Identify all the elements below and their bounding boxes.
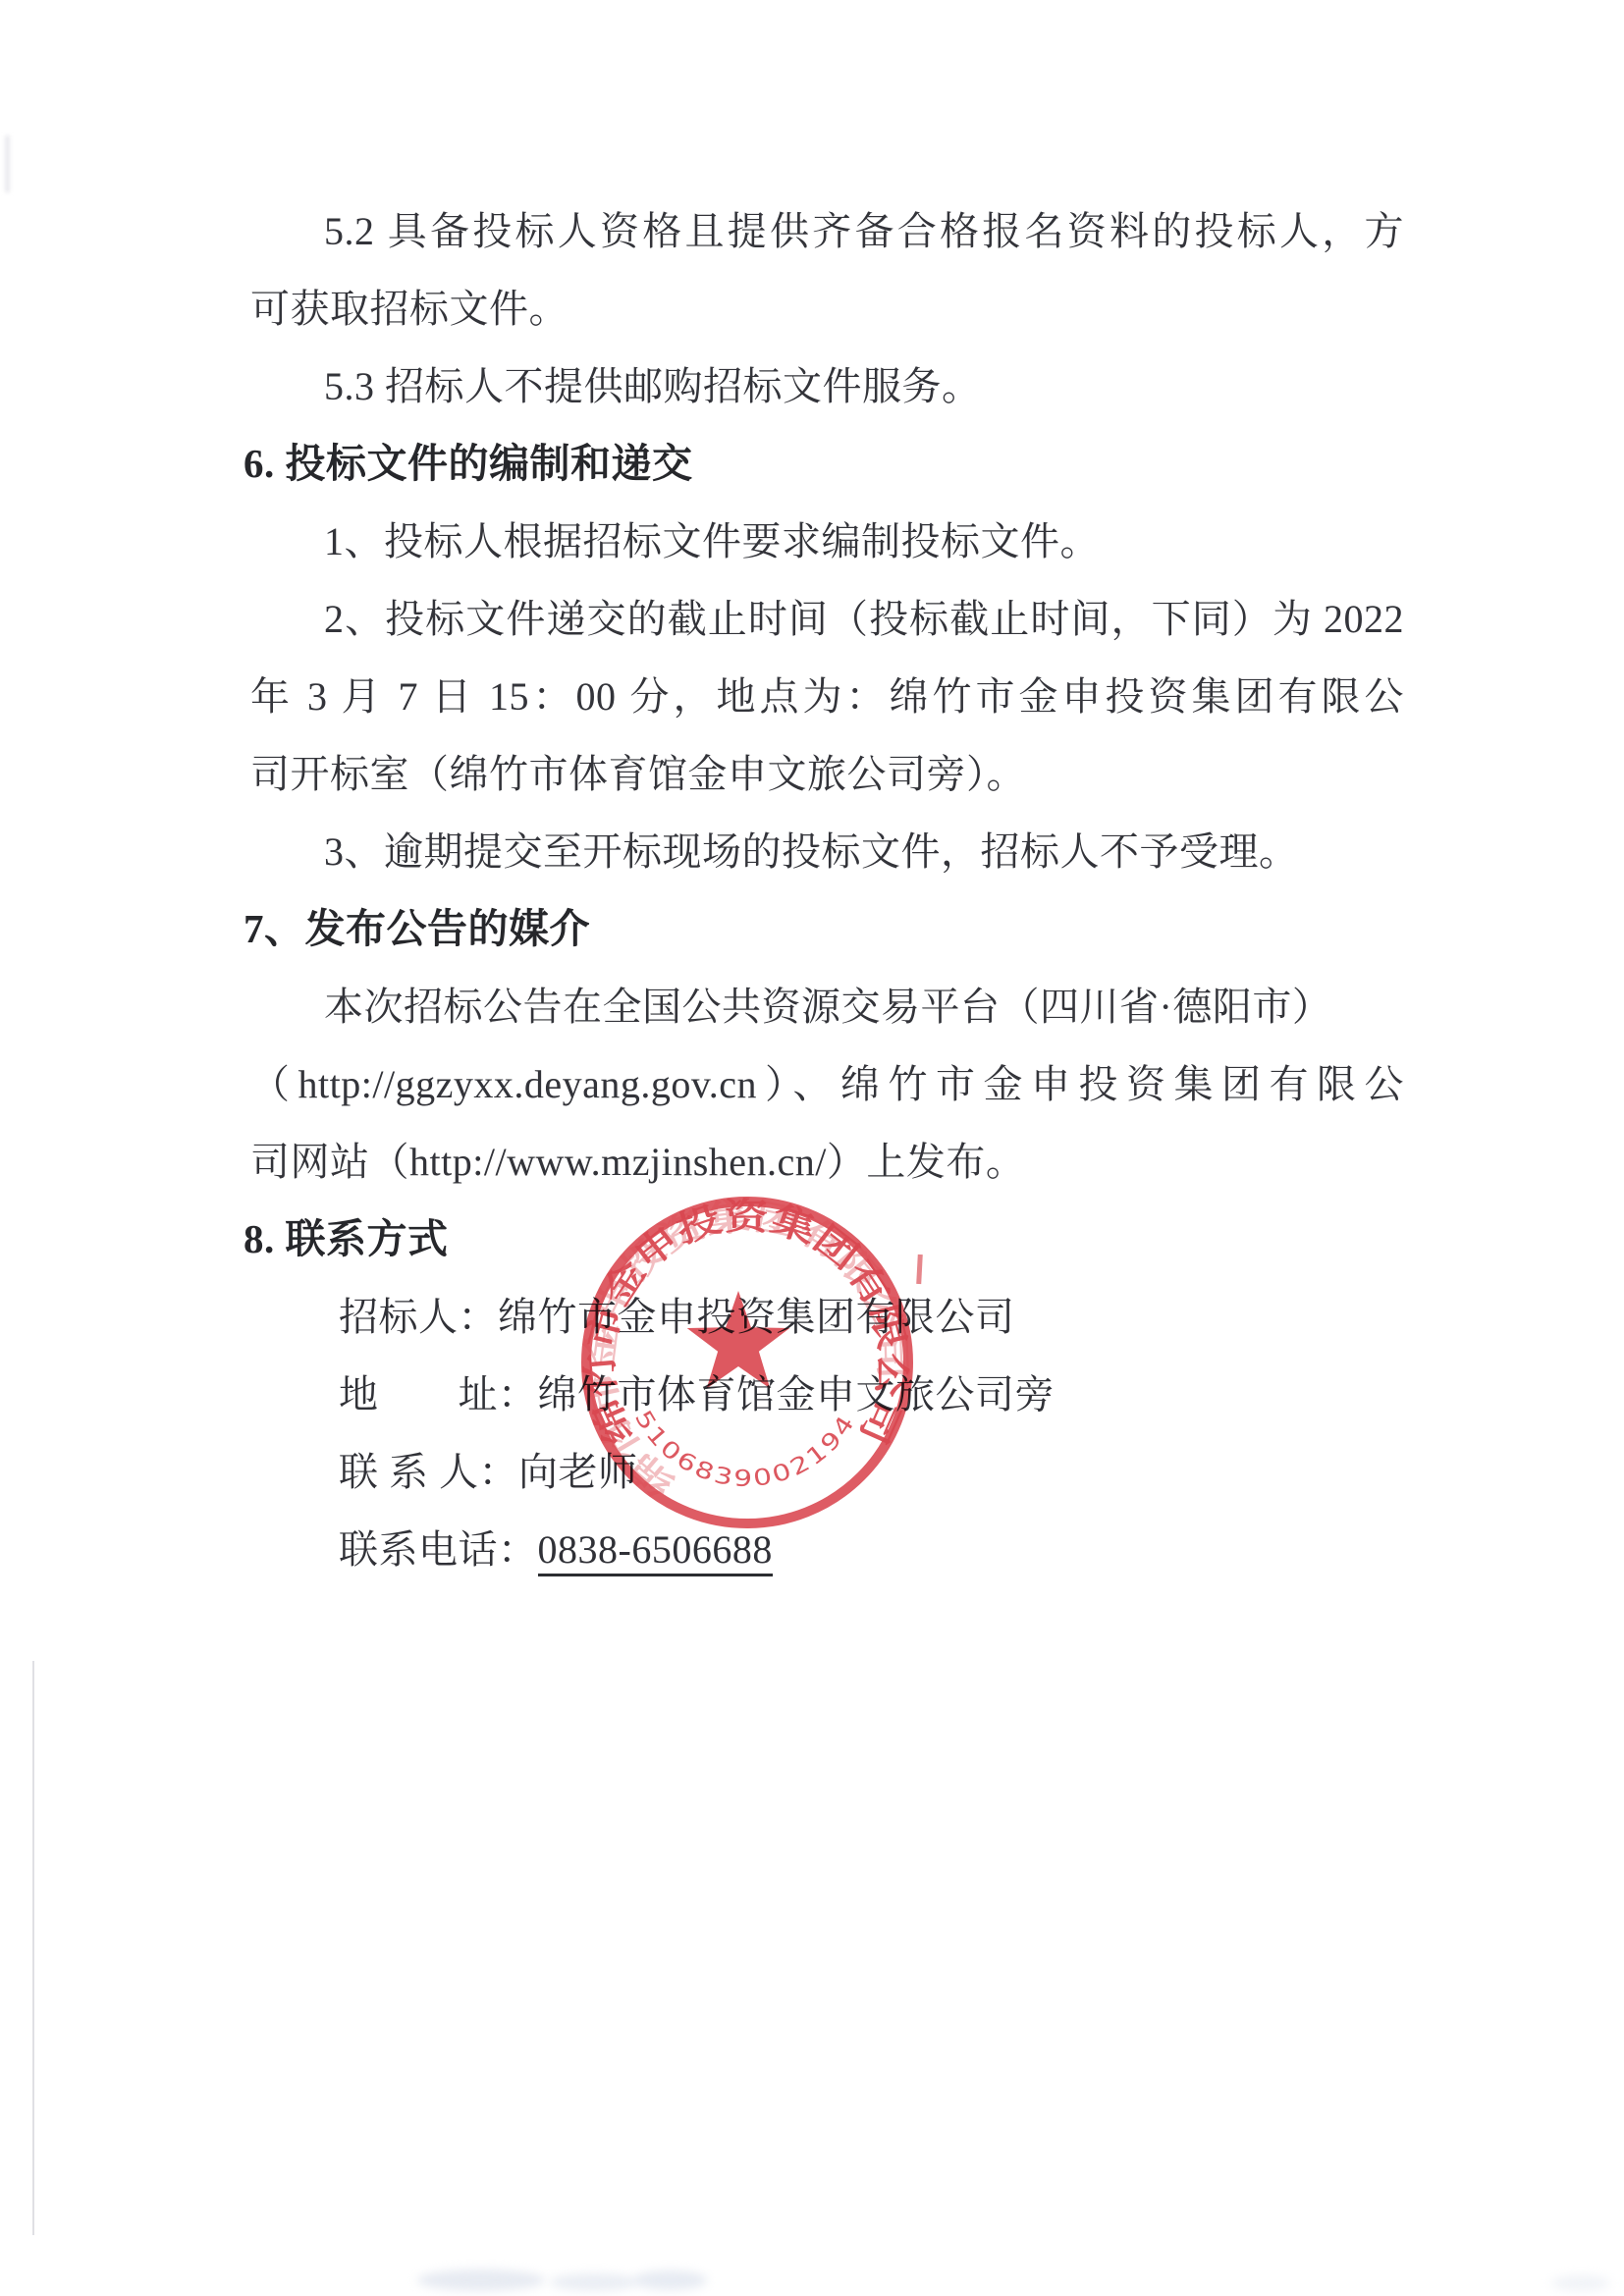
contact-value: 绵竹市体育馆金申文旅公司旁	[538, 1372, 1056, 1416]
scan-smudge	[1551, 2275, 1610, 2291]
contact-value: 向老师	[518, 1450, 638, 1494]
contact-label: 联 系 人：	[339, 1450, 518, 1494]
document-body: 5.2 具备投标人资格且提供齐备合格报名资料的投标人，方可获取招标文件。5.3 …	[250, 192, 1404, 1588]
contact-line: 联系电话：0838-6506688	[250, 1511, 1404, 1588]
text-line: 5.2 具备投标人资格且提供齐备合格报名资料的投标人，方	[250, 192, 1404, 270]
scan-smudge	[633, 2270, 707, 2290]
contact-line: 招标人：绵竹市金申投资集团有限公司	[250, 1278, 1404, 1356]
contact-phone: 0838-6506688	[538, 1527, 773, 1576]
contact-line: 联 系 人：向老师	[250, 1433, 1404, 1511]
section-heading: 6. 投标文件的编制和递交	[244, 425, 1404, 503]
contact-line: 地 址：绵竹市体育馆金申文旅公司旁	[250, 1356, 1404, 1433]
scan-edge-line	[32, 1661, 34, 2235]
section-heading: 8. 联系方式	[244, 1201, 1404, 1278]
contact-label: 招标人：	[339, 1295, 498, 1339]
text-line: 5.3 招标人不提供邮购招标文件服务。	[250, 347, 1404, 425]
text-line: 2、投标文件递交的截止时间（投标截止时间，下同）为 2022	[250, 580, 1404, 658]
text-line: 本次招标公告在全国公共资源交易平台（四川省·德阳市）	[250, 968, 1404, 1045]
document-page: 5.2 具备投标人资格且提供齐备合格报名资料的投标人，方可获取招标文件。5.3 …	[0, 0, 1624, 2296]
scan-smudge	[550, 2273, 638, 2291]
text-line: 可获取招标文件。	[250, 270, 1404, 347]
text-line: 年 3 月 7 日 15：00 分，地点为：绵竹市金申投资集团有限公	[250, 658, 1404, 735]
text-line: （http://ggzyxx.deyang.gov.cn）、绵竹市金申投资集团有…	[250, 1045, 1404, 1123]
contact-label: 联系电话：	[339, 1527, 538, 1572]
scan-mark	[5, 135, 10, 192]
contact-label: 地 址：	[339, 1372, 538, 1416]
text-line: 3、逾期提交至开标现场的投标文件，招标人不予受理。	[250, 813, 1404, 890]
section-heading: 7、发布公告的媒介	[244, 890, 1404, 968]
contact-value: 绵竹市金申投资集团有限公司	[498, 1295, 1015, 1339]
text-line: 司网站（http://www.mzjinshen.cn/）上发布。	[250, 1123, 1404, 1201]
text-line: 1、投标人根据招标文件要求编制投标文件。	[250, 503, 1404, 580]
scan-smudge	[417, 2269, 545, 2291]
text-line: 司开标室（绵竹市体育馆金申文旅公司旁）。	[250, 735, 1404, 813]
